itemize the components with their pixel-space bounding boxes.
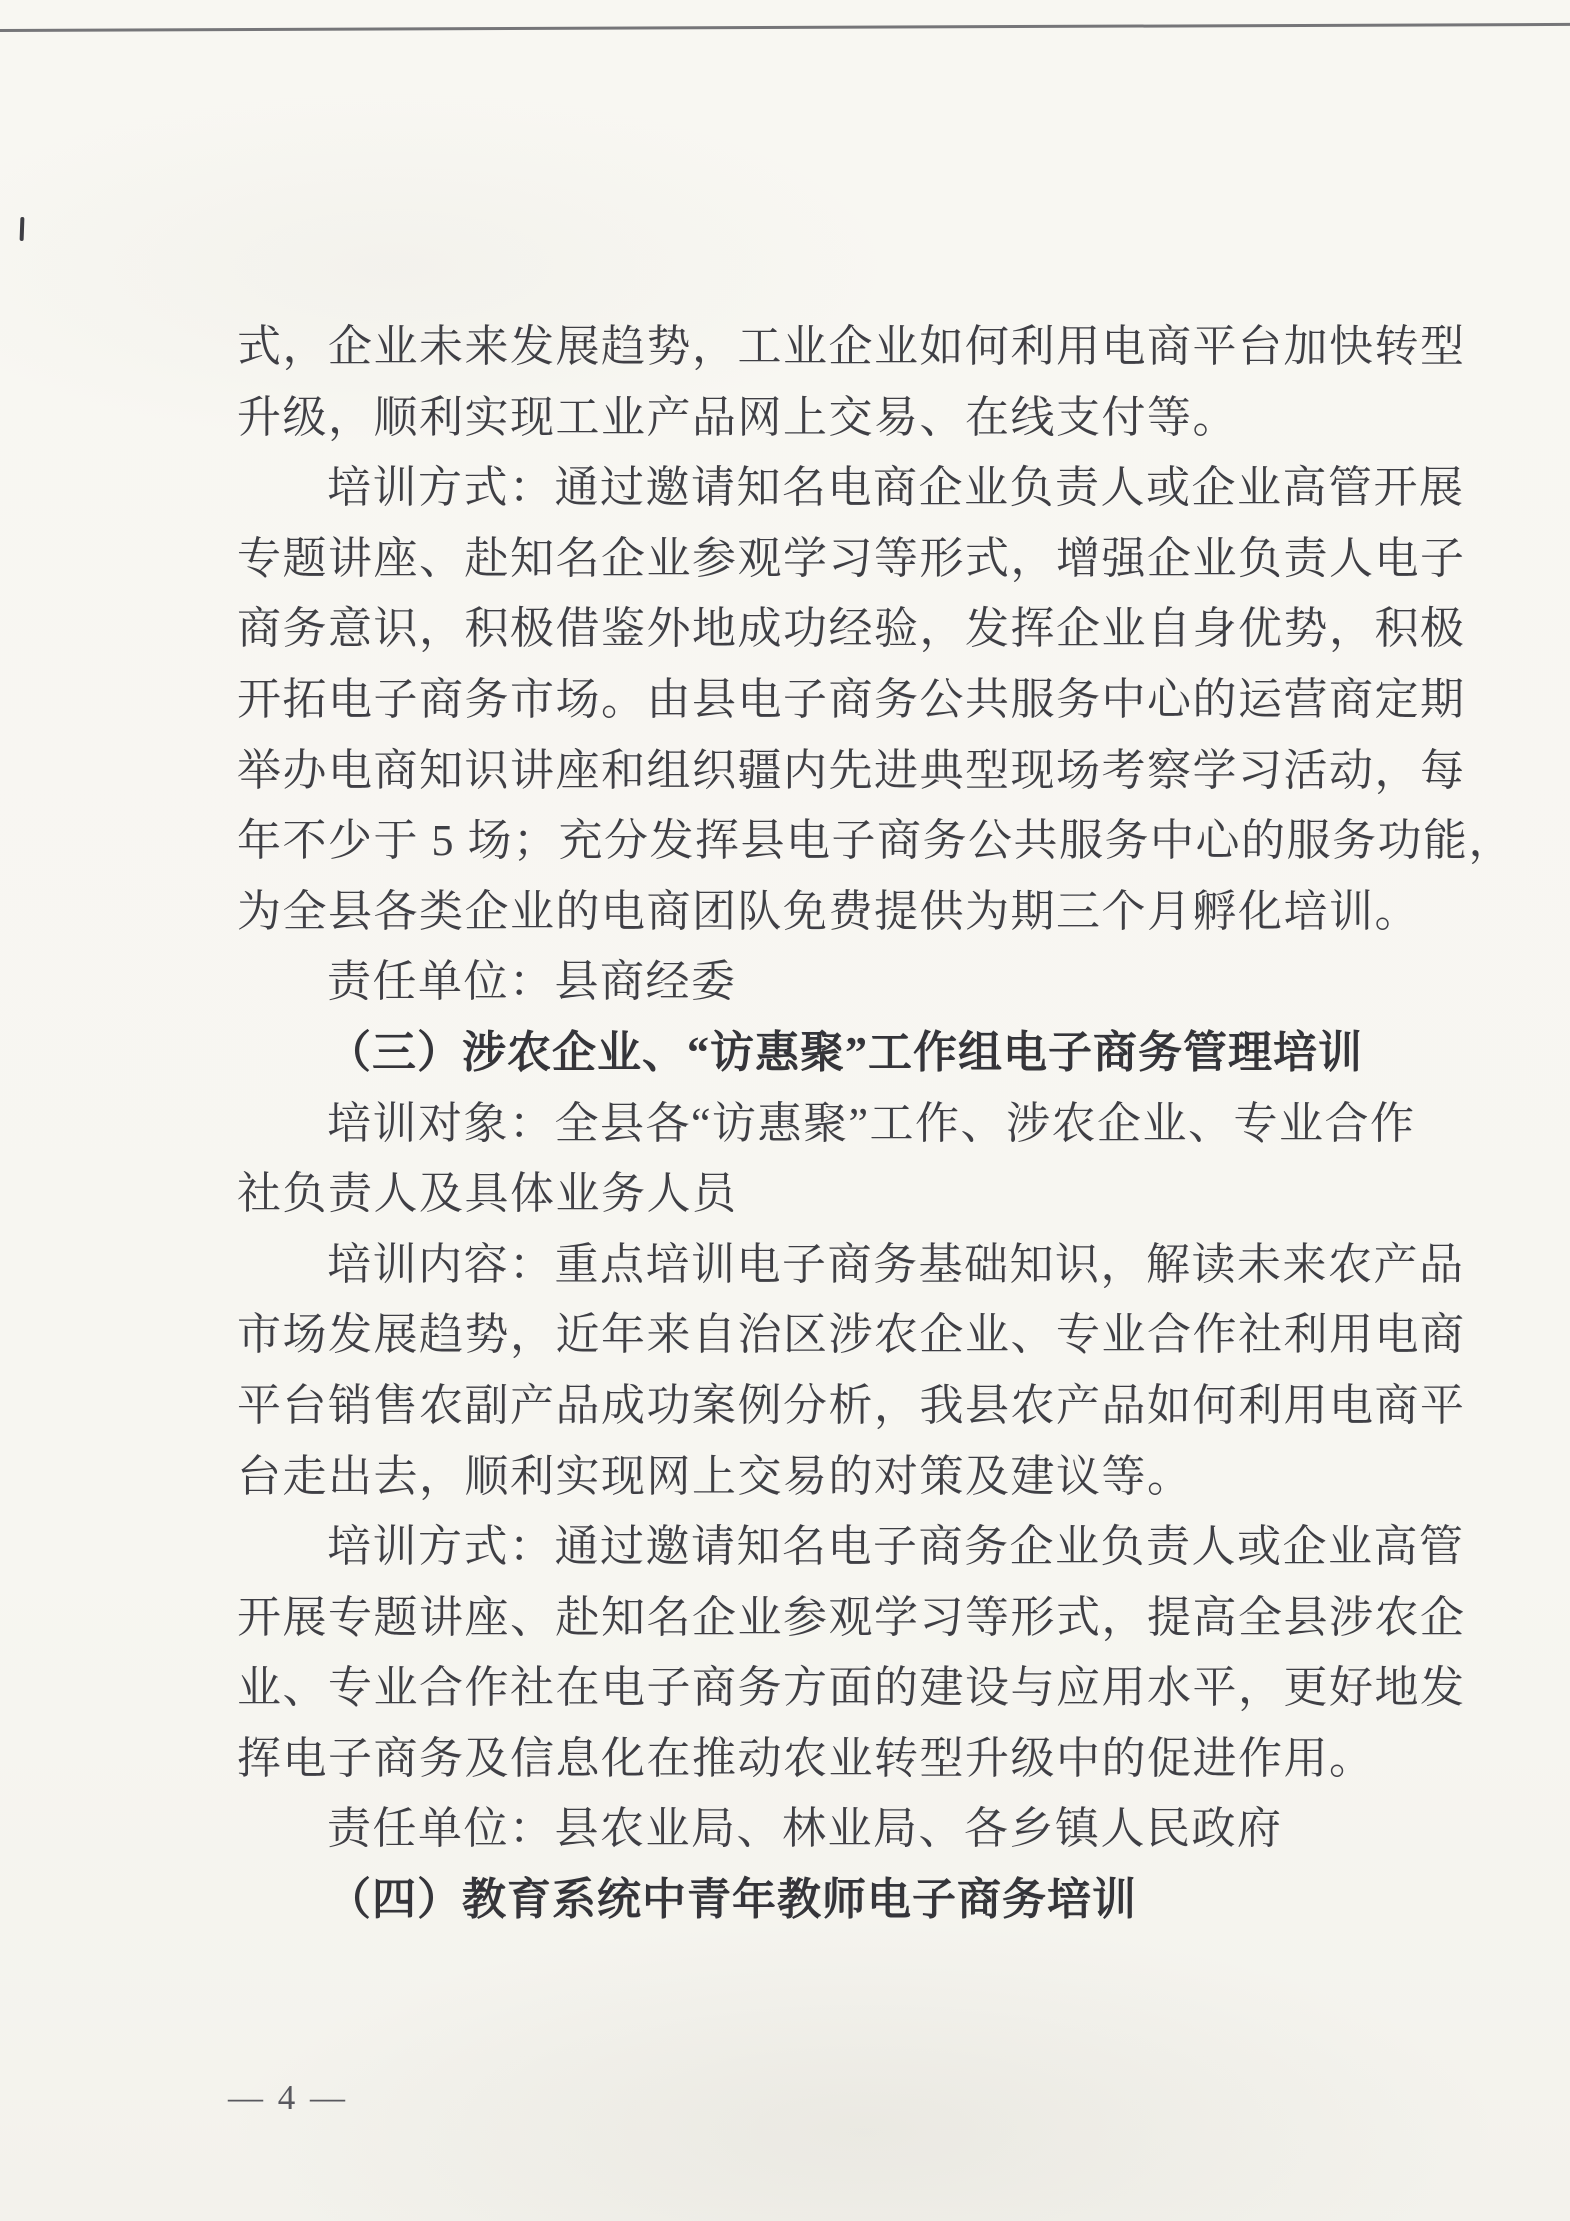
text-line: 台走出去，顺利实现网上交易的对策及建议等。: [237, 1442, 1427, 1513]
text-line: 为全县各类企业的电商团队免费提供为期三个月孵化培训。: [237, 877, 1427, 948]
text-line: 培训方式：通过邀请知名电商企业负责人或企业高管开展: [237, 453, 1427, 524]
text-line: 年不少于 5 场；充分发挥县电子商务公共服务中心的服务功能，: [237, 806, 1427, 877]
section-heading-3: （三）涉农企业、“访惠聚”工作组电子商务管理培训: [237, 1018, 1427, 1089]
text-line: 开展专题讲座、赴知名企业参观学习等形式，提高全县涉农企: [237, 1583, 1427, 1654]
text-line: 培训方式：通过邀请知名电子商务企业负责人或企业高管: [237, 1512, 1427, 1583]
text-line: 举办电商知识讲座和组织疆内先进典型现场考察学习活动，每: [237, 736, 1427, 807]
responsible-unit-line: 责任单位：县商经委: [237, 947, 1427, 1018]
page-number: — 4 —: [228, 2078, 348, 2118]
scan-mark: [20, 217, 25, 241]
section-heading-4: （四）教育系统中青年教师电子商务培训: [237, 1865, 1427, 1936]
text-line: 平台销售农副产品成功案例分析，我县农产品如何利用电商平: [237, 1371, 1427, 1442]
text-line: 商务意识，积极借鉴外地成功经验，发挥企业自身优势，积极: [237, 594, 1427, 665]
text-line: 市场发展趋势，近年来自治区涉农企业、专业合作社利用电商: [237, 1300, 1427, 1371]
text-line: 专题讲座、赴知名企业参观学习等形式，增强企业负责人电子: [237, 524, 1427, 595]
text-line: 升级，顺利实现工业产品网上交易、在线支付等。: [237, 383, 1427, 454]
text-line: 挥电子商务及信息化在推动农业转型升级中的促进作用。: [237, 1724, 1427, 1795]
text-line: 社负责人及具体业务人员: [237, 1159, 1427, 1230]
scan-edge-line: [0, 23, 1570, 32]
text-line: 培训内容：重点培训电子商务基础知识，解读未来农产品: [237, 1230, 1427, 1301]
text-line: 式，企业未来发展趋势，工业企业如何利用电商平台加快转型: [237, 312, 1427, 383]
text-line: 培训对象：全县各“访惠聚”工作、涉农企业、专业合作: [237, 1089, 1427, 1160]
document-body: 式，企业未来发展趋势，工业企业如何利用电商平台加快转型 升级，顺利实现工业产品网…: [237, 312, 1427, 1936]
responsible-unit-line: 责任单位：县农业局、林业局、各乡镇人民政府: [237, 1794, 1427, 1865]
text-line: 开拓电子商务市场。由县电子商务公共服务中心的运营商定期: [237, 665, 1427, 736]
text-line: 业、专业合作社在电子商务方面的建设与应用水平，更好地发: [237, 1653, 1427, 1724]
